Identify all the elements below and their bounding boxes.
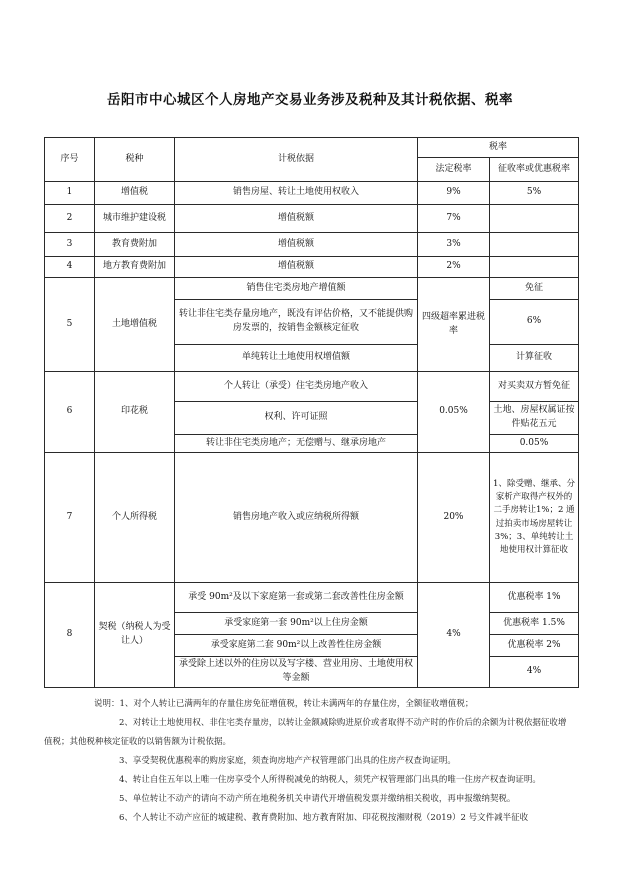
r7-pref: 1、除受赠、继承、分家析产取得产权外的二手房转让1%；2 通过拍卖市场房屋转让 …	[490, 453, 579, 583]
header-no: 序号	[45, 138, 95, 182]
header-base: 计税依据	[175, 138, 418, 182]
note-line: 4、转让自住五年以上唯一住房享受个人所得税减免的纳税人，须凭产权管理部门出具的唯…	[119, 771, 578, 790]
header-pref-rate: 征收率或优惠税率	[490, 158, 579, 182]
r8-sub3-base: 承受除上述以外的住房以及写字楼、营业用房、土地使用权等金额	[175, 657, 418, 688]
r5-tax: 土地增值税	[95, 278, 175, 372]
r8-sub1-pref: 优惠税率 1.5%	[490, 613, 579, 635]
notes-section: 说明：1、对个人转让已满两年的存量住房免征增值税，转让未满两年的存量住房，全额征…	[44, 695, 578, 828]
note-line: 3、享受契税优惠税率的购房家庭，须查询房地产产权管理部门出具的住房产权查询证明。	[119, 752, 578, 771]
r1-pref: 5%	[490, 182, 579, 205]
r3-base: 增值税额	[175, 233, 418, 257]
r4-legal: 2%	[418, 257, 490, 278]
r7-no: 7	[45, 453, 95, 583]
r2-base: 增值税额	[175, 205, 418, 233]
r6-sub1-base: 权利、许可证照	[175, 402, 418, 435]
r7-legal: 20%	[418, 453, 490, 583]
r1-base: 销售房屋、转让土地使用权收入	[175, 182, 418, 205]
r8-sub2-pref: 优惠税率 2%	[490, 635, 579, 657]
r8-tax: 契税（纳税人为受让人）	[95, 583, 175, 688]
r6-no: 6	[45, 372, 95, 453]
r6-sub0-base: 个人转让（承受）住宅类房地产收入	[175, 372, 418, 402]
r6-legal: 0.05%	[418, 372, 490, 453]
table-row: 4 地方教育费附加 增值税额 2%	[45, 257, 579, 278]
r2-legal: 7%	[418, 205, 490, 233]
table-row: 1 增值税 销售房屋、转让土地使用权收入 9% 5%	[45, 182, 579, 205]
note-line: 2、对转让土地使用权、非住宅类存量房，以转让金额减除购进原价或者取得不动产时的作…	[119, 714, 578, 733]
r5-sub1-base: 转让非住宅类存量房地产，既没有评估价格，又不能提供购房发票的，按销售金额核定征收	[175, 300, 418, 345]
r2-pref	[490, 205, 579, 233]
r3-legal: 3%	[418, 233, 490, 257]
r5-no: 5	[45, 278, 95, 372]
table-row: 7 个人所得税 销售房地产收入或应纳税所得额 20% 1、除受赠、继承、分家析产…	[45, 453, 579, 583]
r4-no: 4	[45, 257, 95, 278]
header-rate-group: 税率	[418, 138, 579, 158]
note-line: 值税；其他税种核定征收的以销售额为计税依据。	[44, 733, 578, 752]
r6-sub2-pref: 0.05%	[490, 435, 579, 453]
r8-sub1-base: 承受家庭第一套 90m²以上住房金额	[175, 613, 418, 635]
table-row: 5 土地增值税 销售住宅类房地产增值额 四级超率累进税率 免征	[45, 278, 579, 300]
header-tax: 税种	[95, 138, 175, 182]
r5-sub2-base: 单纯转让土地使用权增值额	[175, 345, 418, 372]
r3-pref	[490, 233, 579, 257]
r5-sub0-pref: 免征	[490, 278, 579, 300]
r7-tax: 个人所得税	[95, 453, 175, 583]
r1-tax: 增值税	[95, 182, 175, 205]
r8-sub0-base: 承受 90m²及以下家庭第一套或第二套改善性住房金额	[175, 583, 418, 613]
document-page: 岳阳市中心城区个人房地产交易业务涉及税种及其计税依据、税率 序号 税种 计税依据…	[0, 0, 620, 877]
table-row: 2 城市维护建设税 增值税额 7%	[45, 205, 579, 233]
r5-legal: 四级超率累进税率	[418, 278, 490, 372]
r8-sub2-base: 承受家庭第二套 90m²以上改善性住房金额	[175, 635, 418, 657]
table-row: 8 契税（纳税人为受让人） 承受 90m²及以下家庭第一套或第二套改善性住房金额…	[45, 583, 579, 613]
r4-base: 增值税额	[175, 257, 418, 278]
note-line: 5、单位转让不动产的请向不动产所在地税务机关申请代开增值税发票并缴纳相关税收，再…	[119, 790, 578, 809]
table-row: 6 印花税 个人转让（承受）住宅类房地产收入 0.05% 对买卖双方暂免征	[45, 372, 579, 402]
r2-no: 2	[45, 205, 95, 233]
r4-pref	[490, 257, 579, 278]
r3-tax: 教育费附加	[95, 233, 175, 257]
r5-sub0-base: 销售住宅类房地产增值额	[175, 278, 418, 300]
r6-sub1-pref: 土地、房屋权属证按件贴花五元	[490, 402, 579, 435]
r6-sub0-pref: 对买卖双方暂免征	[490, 372, 579, 402]
r8-no: 8	[45, 583, 95, 688]
note-line: 6、个人转让不动产应征的城建税、教育费附加、地方教育附加、印花税按湘财税（201…	[119, 809, 578, 828]
r2-tax: 城市维护建设税	[95, 205, 175, 233]
r5-sub1-pref: 6%	[490, 300, 579, 345]
r8-sub3-pref: 4%	[490, 657, 579, 688]
page-title: 岳阳市中心城区个人房地产交易业务涉及税种及其计税依据、税率	[0, 0, 620, 108]
r7-base: 销售房地产收入或应纳税所得额	[175, 453, 418, 583]
r4-tax: 地方教育费附加	[95, 257, 175, 278]
r3-no: 3	[45, 233, 95, 257]
tax-table: 序号 税种 计税依据 税率 法定税率 征收率或优惠税率 1 增值税 销售房屋、转…	[44, 137, 579, 688]
r5-sub2-pref: 计算征收	[490, 345, 579, 372]
r8-sub0-pref: 优惠税率 1%	[490, 583, 579, 613]
table-row: 3 教育费附加 增值税额 3%	[45, 233, 579, 257]
r1-legal: 9%	[418, 182, 490, 205]
r8-legal: 4%	[418, 583, 490, 688]
r6-tax: 印花税	[95, 372, 175, 453]
note-line: 说明：1、对个人转让已满两年的存量住房免征增值税，转让未满两年的存量住房，全额征…	[94, 695, 578, 714]
header-legal-rate: 法定税率	[418, 158, 490, 182]
r6-sub2-base: 转让非住宅类房地产；无偿赠与、继承房地产	[175, 435, 418, 453]
r1-no: 1	[45, 182, 95, 205]
